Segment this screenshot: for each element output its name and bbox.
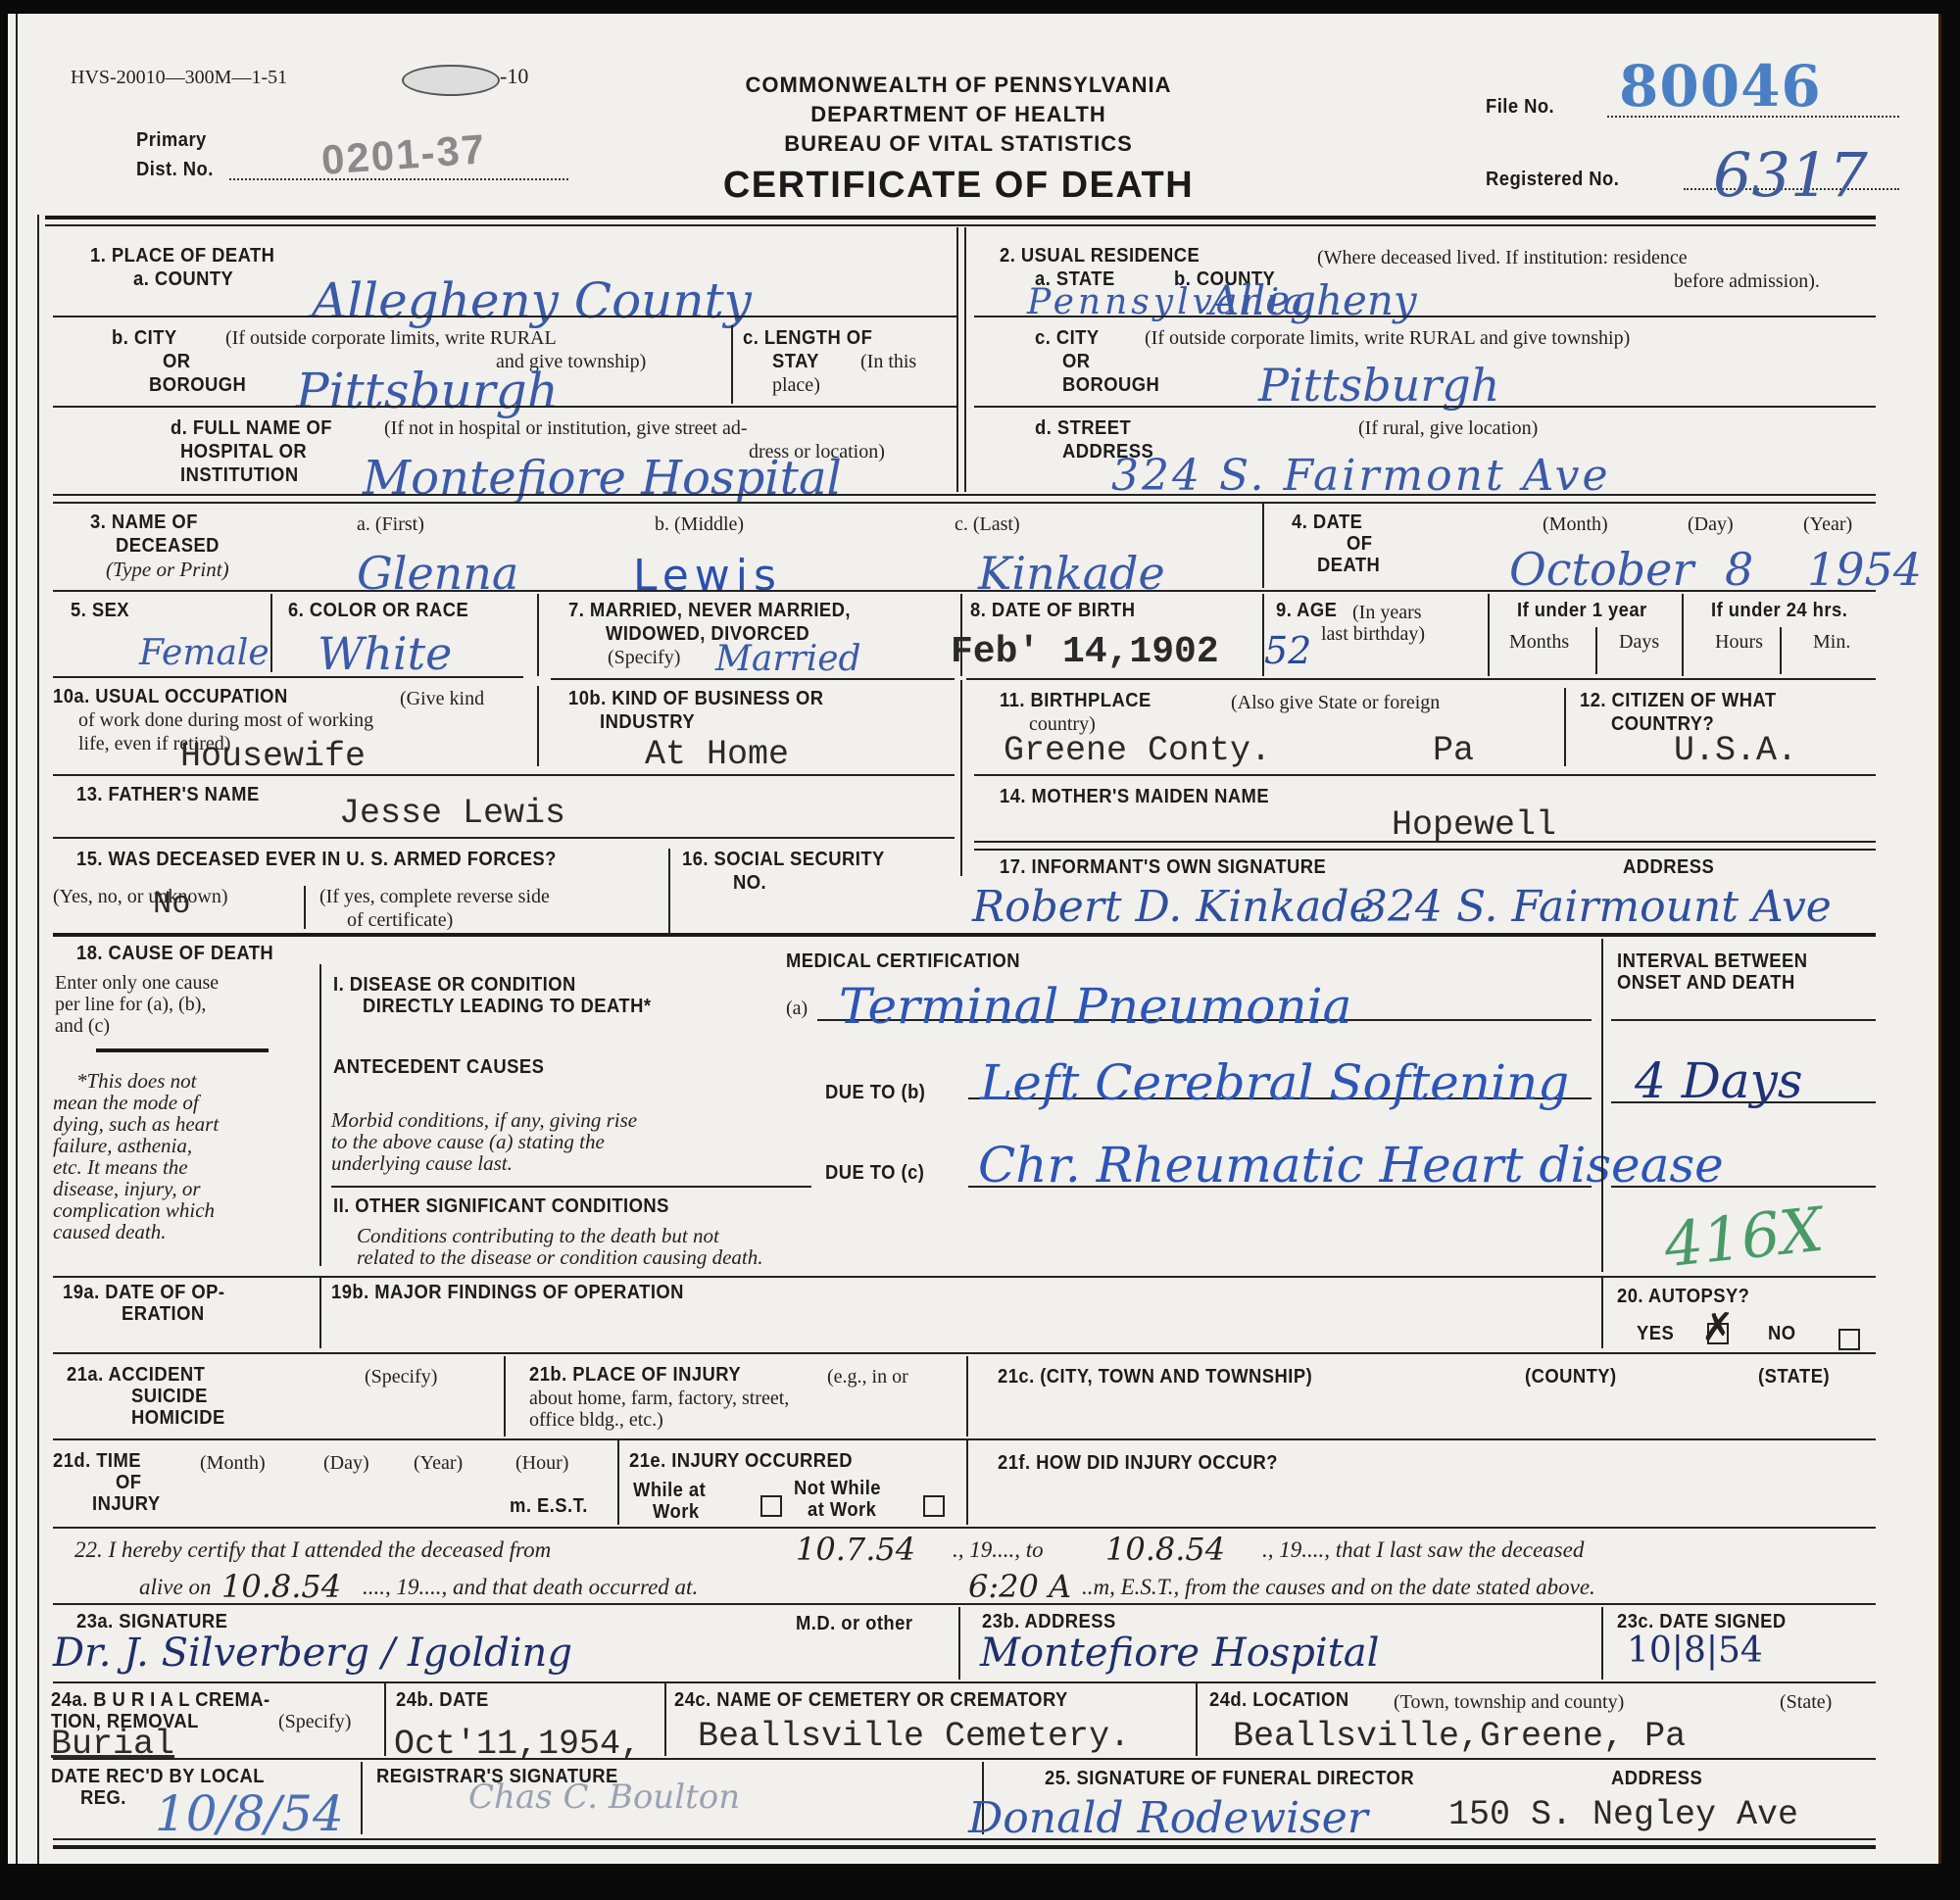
residence-city-label: c. CITY xyxy=(1035,327,1100,350)
top-rule xyxy=(45,216,1876,219)
city-borough-label: BOROUGH xyxy=(149,374,246,397)
left-margin-rule xyxy=(16,14,18,1864)
age-value: 52 xyxy=(1264,629,1311,672)
attended-from-date: 10.7.54 xyxy=(796,1531,915,1568)
business-label-2: INDUSTRY xyxy=(600,711,695,734)
mother-name-label: 14. MOTHER'S MAIDEN NAME xyxy=(1000,786,1269,808)
morbid-hint-1: Morbid conditions, if any, giving rise xyxy=(331,1109,637,1132)
death-day-label: (Day) xyxy=(1688,513,1734,536)
funeral-director-address-label: ADDRESS xyxy=(1611,1768,1702,1790)
mother-name-value: Hopewell xyxy=(1392,805,1556,845)
antecedent-causes-label: ANTECEDENT CAUSES xyxy=(333,1056,544,1079)
armed-forces-value: No xyxy=(153,886,190,922)
injury-type-label-2: SUICIDE xyxy=(131,1386,208,1408)
operation-findings-label: 19b. MAJOR FINDINGS OF OPERATION xyxy=(331,1282,684,1304)
file-no-label: File No. xyxy=(1486,96,1554,119)
top-rule-2 xyxy=(45,224,1876,226)
death-certificate-paper: HVS-20010—300M—1-51 -10 COMMONWEALTH OF … xyxy=(8,14,1941,1864)
rule xyxy=(1601,1278,1603,1348)
informant-label: 17. INFORMANT'S OWN SIGNATURE xyxy=(1000,856,1326,879)
injury-day-label: (Day) xyxy=(323,1452,369,1475)
while-at-work-checkbox[interactable] xyxy=(760,1495,782,1517)
days-label: Days xyxy=(1619,631,1659,654)
rule xyxy=(53,676,523,678)
operation-date-label-2: ERATION xyxy=(122,1303,205,1326)
certify-text-1c: ., 19...., that I last saw the deceased xyxy=(1262,1538,1584,1561)
rule xyxy=(504,1356,506,1437)
armed-forces-hint-1: (Yes, no, or unknown) xyxy=(53,886,228,908)
hospital-label-2: HOSPITAL OR xyxy=(180,441,307,463)
armed-forces-label: 15. WAS DECEASED EVER IN U. S. ARMED FOR… xyxy=(76,849,557,871)
location-value: Beallsville,Greene, Pa xyxy=(1233,1717,1686,1756)
date-received-value: 10/8/54 xyxy=(155,1785,344,1842)
dob-value: Feb' 14,1902 xyxy=(951,631,1219,673)
section-divider-1-2b xyxy=(964,227,966,492)
not-while-at-work-label-2: at Work xyxy=(808,1499,876,1522)
time-of-death: 6:20 A xyxy=(968,1568,1071,1605)
middle-name-label: b. (Middle) xyxy=(655,513,744,536)
ssn-label-2: NO. xyxy=(733,872,766,895)
length-of-stay-hint: (In this xyxy=(860,351,916,373)
citizen-label-1: 12. CITIZEN OF WHAT xyxy=(1580,690,1777,712)
street-label-1: d. STREET xyxy=(1035,417,1131,440)
agency-line-3: BUREAU OF VITAL STATISTICS xyxy=(684,131,1233,157)
first-name-label: a. (First) xyxy=(357,513,424,536)
rule xyxy=(53,933,1876,937)
rule xyxy=(668,849,670,933)
due-to-b-label: DUE TO (b) xyxy=(825,1082,925,1104)
cause-instructions-3: and (c) xyxy=(55,1015,110,1038)
cause-note-6: disease, injury, or xyxy=(53,1178,201,1200)
usual-residence-heading: 2. USUAL RESIDENCE xyxy=(1000,245,1200,268)
rule xyxy=(731,325,733,404)
part-1-label-1: I. DISEASE OR CONDITION xyxy=(333,974,576,997)
physician-address: Montefiore Hospital xyxy=(980,1631,1379,1676)
part-1-label-2: DIRECTLY LEADING TO DEATH* xyxy=(363,996,651,1018)
disposition-label-1: 24a. B U R I A L CREMA- xyxy=(51,1689,270,1712)
rule xyxy=(958,1607,960,1680)
street-hint: (If rural, give location) xyxy=(1358,417,1538,440)
how-injury-label: 21f. HOW DID INJURY OCCUR? xyxy=(998,1452,1278,1475)
length-of-stay-hint-2: place) xyxy=(772,374,820,397)
marital-value: Married xyxy=(715,639,861,679)
rule xyxy=(537,686,539,766)
rule xyxy=(53,774,955,776)
interval-b-value: 4 Days xyxy=(1635,1052,1803,1109)
date-of-death-label-2: OF xyxy=(1347,533,1372,556)
father-name-label: 13. FATHER'S NAME xyxy=(76,784,260,806)
rule xyxy=(53,590,1876,592)
part-2-hint-1: Conditions contributing to the death but… xyxy=(357,1225,719,1247)
rule xyxy=(1682,594,1684,676)
injury-est-label: m. E.S.T. xyxy=(510,1495,588,1518)
autopsy-no-checkbox[interactable] xyxy=(1838,1329,1860,1350)
interval-label-2: ONSET AND DEATH xyxy=(1617,972,1795,995)
certify-text-2c: ..m, E.S.T., from the causes and on the … xyxy=(1082,1576,1595,1598)
rule xyxy=(1262,504,1264,588)
funeral-director-label: 25. SIGNATURE OF FUNERAL DIRECTOR xyxy=(1045,1768,1414,1790)
attended-to-date: 10.8.54 xyxy=(1105,1531,1225,1568)
occupation-hint-1: (Give kind xyxy=(400,688,484,710)
not-while-at-work-label-1: Not While xyxy=(794,1478,881,1500)
rule xyxy=(1564,688,1566,766)
funeral-director-address: 150 S. Negley Ave xyxy=(1448,1795,1798,1834)
rule xyxy=(551,678,955,680)
rule xyxy=(1595,627,1597,674)
autopsy-no-label: NO xyxy=(1768,1323,1796,1345)
rule xyxy=(53,1838,1876,1840)
city-label: b. CITY xyxy=(112,327,177,350)
rule xyxy=(53,1603,1876,1605)
rule xyxy=(1780,627,1782,674)
dob-label: 8. DATE OF BIRTH xyxy=(970,600,1136,622)
death-year-label: (Year) xyxy=(1803,513,1852,536)
rule xyxy=(664,1683,666,1756)
morbid-hint-3: underlying cause last. xyxy=(331,1152,513,1175)
age-label: 9. AGE xyxy=(1276,600,1337,622)
last-seen-alive-date: 10.8.54 xyxy=(221,1568,341,1605)
cause-instructions-2: per line for (a), (b), xyxy=(55,994,206,1016)
occupation-value: Housewife xyxy=(180,737,366,776)
county-value: Allegheny County xyxy=(312,272,752,329)
funeral-director-signature: Donald Rodewiser xyxy=(968,1793,1368,1843)
usual-residence-hint-2: before admission). xyxy=(1674,270,1820,293)
part-2-hint-2: related to the disease or condition caus… xyxy=(357,1246,763,1269)
business-value: At Home xyxy=(645,735,789,774)
birthplace-label: 11. BIRTHPLACE xyxy=(1000,690,1151,712)
date-of-death-label-3: DEATH xyxy=(1317,555,1380,577)
hospital-hint-1: (If not in hospital or institution, give… xyxy=(384,417,748,440)
rule xyxy=(1196,1683,1198,1756)
death-day-value: 8 xyxy=(1725,543,1753,596)
death-month-label: (Month) xyxy=(1543,513,1608,536)
rule xyxy=(974,841,1876,843)
cause-note-1: *This does not xyxy=(76,1070,197,1093)
injury-time-label-1: 21d. TIME xyxy=(53,1450,141,1473)
county-label: a. COUNTY xyxy=(133,268,233,291)
informant-address-value: 324 S. Fairmount Ave xyxy=(1360,882,1832,932)
primary-label: Primary xyxy=(136,129,207,152)
rule xyxy=(1601,1607,1603,1680)
city-value: Pittsburgh xyxy=(296,363,559,419)
residence-city-value: Pittsburgh xyxy=(1258,359,1499,412)
rule xyxy=(966,1356,968,1437)
place-of-death-heading: 1. PLACE OF DEATH xyxy=(90,245,274,268)
location-state-label: (State) xyxy=(1780,1691,1832,1714)
agency-line-1: COMMONWEALTH OF PENNSYLVANIA xyxy=(684,73,1233,98)
sex-label: 5. SEX xyxy=(71,600,129,622)
marital-label-1: 7. MARRIED, NEVER MARRIED, xyxy=(568,600,851,622)
informant-address-label: ADDRESS xyxy=(1623,856,1714,879)
under-24-hrs-label: If under 24 hrs. xyxy=(1711,600,1847,622)
rule xyxy=(361,1762,363,1834)
rule xyxy=(53,1352,1876,1354)
autopsy-yes-check-mark-icon: ✗ xyxy=(1701,1305,1735,1350)
bottom-rule xyxy=(53,1845,1876,1849)
injury-time-label-2: OF xyxy=(116,1472,141,1494)
md-or-other-label: M.D. or other xyxy=(796,1613,912,1635)
birthplace-state: Pa xyxy=(1433,731,1474,770)
injury-city-label: 21c. (CITY, TOWN AND TOWNSHIP) xyxy=(998,1366,1312,1388)
injury-place-hint-3: office bldg., etc.) xyxy=(529,1409,663,1432)
injury-hour-label: (Hour) xyxy=(515,1452,568,1475)
certify-text-2a: alive on xyxy=(139,1576,211,1598)
rule xyxy=(966,678,1876,680)
while-at-work-label-1: While at xyxy=(633,1480,706,1502)
not-while-at-work-checkbox[interactable] xyxy=(923,1495,945,1517)
interval-a-line xyxy=(1611,1019,1876,1021)
rule xyxy=(331,1186,811,1188)
birthplace-hint-1: (Also give State or foreign xyxy=(1231,692,1440,714)
armed-forces-hint-3: of certificate) xyxy=(347,909,453,932)
registrar-signature: Chas C. Boulton xyxy=(468,1778,740,1817)
date-signed-value: 10|8|54 xyxy=(1627,1631,1763,1671)
agency-line-2: DEPARTMENT OF HEALTH xyxy=(684,102,1233,127)
operation-date-label-1: 19a. DATE OF OP- xyxy=(63,1282,224,1304)
hospital-value: Montefiore Hospital xyxy=(363,451,842,506)
informant-signature: Robert D. Kinkade xyxy=(972,882,1375,932)
rule xyxy=(53,1438,1876,1440)
rule xyxy=(53,837,955,839)
file-no-stamp: 80046 xyxy=(1619,53,1822,120)
hours-label: Hours xyxy=(1715,631,1763,654)
rule xyxy=(974,406,1876,408)
rule xyxy=(617,1440,619,1525)
cause-a-value: Terminal Pneumonia xyxy=(839,978,1351,1035)
due-to-c-label: DUE TO (c) xyxy=(825,1162,924,1185)
hospital-label-3: INSTITUTION xyxy=(180,464,299,487)
rule xyxy=(53,494,1876,496)
residence-city-or: OR xyxy=(1062,351,1091,373)
injury-type-label-1: 21a. ACCIDENT xyxy=(67,1364,205,1387)
rule xyxy=(537,594,539,676)
citizen-value: U.S.A. xyxy=(1674,731,1797,770)
cause-note-2: mean the mode of xyxy=(53,1092,199,1114)
business-label-1: 10b. KIND OF BUSINESS OR xyxy=(568,688,824,710)
length-of-stay-label-2: STAY xyxy=(772,351,819,373)
injury-place-hint-2: about home, farm, factory, street, xyxy=(529,1388,789,1410)
race-label: 6. COLOR OR RACE xyxy=(288,600,468,622)
occupation-hint-2: of work done during most of working xyxy=(78,709,373,732)
form-code-suffix: -10 xyxy=(500,65,528,87)
rule xyxy=(53,316,956,317)
form-code: HVS-20010—300M—1-51 xyxy=(71,67,287,89)
rule xyxy=(1488,594,1490,676)
name-label-3: (Type or Print) xyxy=(106,559,229,581)
interval-label-1: INTERVAL BETWEEN xyxy=(1617,950,1807,973)
injury-place-hint-1: (e.g., in or xyxy=(827,1366,908,1388)
union-bug-seal-icon xyxy=(402,65,500,96)
location-hint: (Town, township and county) xyxy=(1394,1691,1624,1714)
race-value: White xyxy=(318,627,452,680)
cause-note-8: caused death. xyxy=(53,1221,166,1243)
cause-note-4: failure, asthenia, xyxy=(53,1135,192,1157)
physician-signature: Dr. J. Silverberg / Igolding xyxy=(53,1631,572,1676)
city-or-label: OR xyxy=(163,351,191,373)
while-at-work-label-2: Work xyxy=(653,1501,700,1524)
autopsy-yes-label: YES xyxy=(1637,1323,1674,1345)
rule xyxy=(974,849,1876,851)
usual-residence-hint-1: (Where deceased lived. If institution: r… xyxy=(1317,247,1688,269)
certify-text-1a: 22. I hereby certify that I attended the… xyxy=(74,1538,551,1561)
cause-note-7: complication which xyxy=(53,1199,215,1222)
cause-a-label: (a) xyxy=(786,998,808,1020)
cause-instructions-1: Enter only one cause xyxy=(55,972,310,995)
age-hint-1: (In years xyxy=(1352,602,1422,624)
injury-county-label: (COUNTY) xyxy=(1525,1366,1617,1388)
cause-code: 416X xyxy=(1661,1194,1827,1282)
min-label: Min. xyxy=(1813,631,1850,654)
location-label: 24d. LOCATION xyxy=(1209,1689,1349,1712)
last-name-label: c. (Last) xyxy=(955,513,1020,536)
section-divider-1-2 xyxy=(956,227,958,492)
burial-date-label: 24b. DATE xyxy=(396,1689,489,1712)
residence-city-hint: (If outside corporate limits, write RURA… xyxy=(1145,327,1630,350)
rule xyxy=(974,774,1876,776)
injury-month-label: (Month) xyxy=(200,1452,266,1475)
date-of-death-label-1: 4. DATE xyxy=(1292,512,1362,534)
injury-time-label-3: INJURY xyxy=(92,1493,161,1516)
rule xyxy=(319,964,321,1266)
injury-state-label: (STATE) xyxy=(1758,1366,1830,1388)
death-month-value: October xyxy=(1509,543,1693,596)
cause-note-5: etc. It means the xyxy=(53,1156,188,1179)
hospital-label-1: d. FULL NAME OF xyxy=(171,417,332,440)
length-of-stay-label: c. LENGTH OF xyxy=(743,327,872,350)
rule xyxy=(53,502,1876,504)
interval-c-line xyxy=(1611,1186,1876,1188)
rule xyxy=(960,680,962,876)
age-hint-2: last birthday) xyxy=(1321,623,1425,646)
middle-name-value: Lewis xyxy=(633,551,782,601)
city-hint-1: (If outside corporate limits, write RURA… xyxy=(225,327,557,350)
residence-city-borough: BOROUGH xyxy=(1062,374,1159,397)
rule xyxy=(319,1278,321,1348)
rule xyxy=(270,594,272,672)
cemetery-value: Beallsville Cemetery. xyxy=(698,1717,1130,1756)
part-2-label: II. OTHER SIGNIFICANT CONDITIONS xyxy=(333,1195,669,1218)
under-1-year-label: If under 1 year xyxy=(1517,600,1647,622)
birthplace-value: Greene Conty. xyxy=(1004,731,1271,770)
name-label-1: 3. NAME OF xyxy=(90,512,198,534)
cause-b-value: Left Cerebral Softening xyxy=(980,1054,1569,1111)
rule xyxy=(96,1048,269,1052)
occupation-label: 10a. USUAL OCCUPATION xyxy=(53,686,288,708)
cause-of-death-heading: 18. CAUSE OF DEATH xyxy=(76,943,273,965)
rule xyxy=(53,1681,1876,1683)
medical-certification-heading: MEDICAL CERTIFICATION xyxy=(786,950,1020,973)
rule xyxy=(384,1683,386,1756)
rule xyxy=(966,1440,968,1525)
certify-text-2b: ...., 19...., and that death occurred at… xyxy=(363,1576,698,1598)
certify-text-1b: ., 19...., to xyxy=(953,1538,1044,1561)
dist-no-stamp: 0201-37 xyxy=(320,125,488,184)
injury-type-hint: (Specify) xyxy=(365,1366,437,1388)
injury-type-label-3: HOMICIDE xyxy=(131,1407,225,1430)
page-title: CERTIFICATE OF DEATH xyxy=(635,165,1282,207)
marital-hint: (Specify) xyxy=(608,647,680,669)
disposition-hint: (Specify) xyxy=(278,1711,351,1733)
armed-forces-hint-2: (If yes, complete reverse side xyxy=(319,886,550,908)
morbid-hint-2: to the above cause (a) stating the xyxy=(331,1131,605,1153)
injury-place-label: 21b. PLACE OF INJURY xyxy=(529,1364,741,1387)
father-name-value: Jesse Lewis xyxy=(339,794,565,833)
rule xyxy=(53,1758,1876,1760)
rule xyxy=(53,406,956,408)
rule xyxy=(1601,939,1603,1272)
rule xyxy=(974,316,1876,317)
ssn-label-1: 16. SOCIAL SECURITY xyxy=(682,849,885,871)
injury-year-label: (Year) xyxy=(414,1452,463,1475)
cause-note-3: dying, such as heart xyxy=(53,1113,219,1136)
dist-no-label: Dist. No. xyxy=(136,159,214,181)
death-year-value: 1954 xyxy=(1807,543,1922,596)
months-label: Months xyxy=(1509,631,1569,654)
injury-occurred-label: 21e. INJURY OCCURRED xyxy=(629,1450,853,1473)
left-frame-rule xyxy=(37,215,39,1864)
sex-value: Female xyxy=(139,633,269,673)
registered-no-handwritten: 6317 xyxy=(1713,139,1868,211)
rule xyxy=(53,1527,1876,1529)
date-received-label-2: REG. xyxy=(80,1787,126,1810)
rule xyxy=(304,886,306,929)
registered-no-label: Registered No. xyxy=(1486,169,1619,191)
cemetery-label: 24c. NAME OF CEMETERY OR CREMATORY xyxy=(674,1689,1068,1712)
name-label-2: DECEASED xyxy=(116,535,220,558)
